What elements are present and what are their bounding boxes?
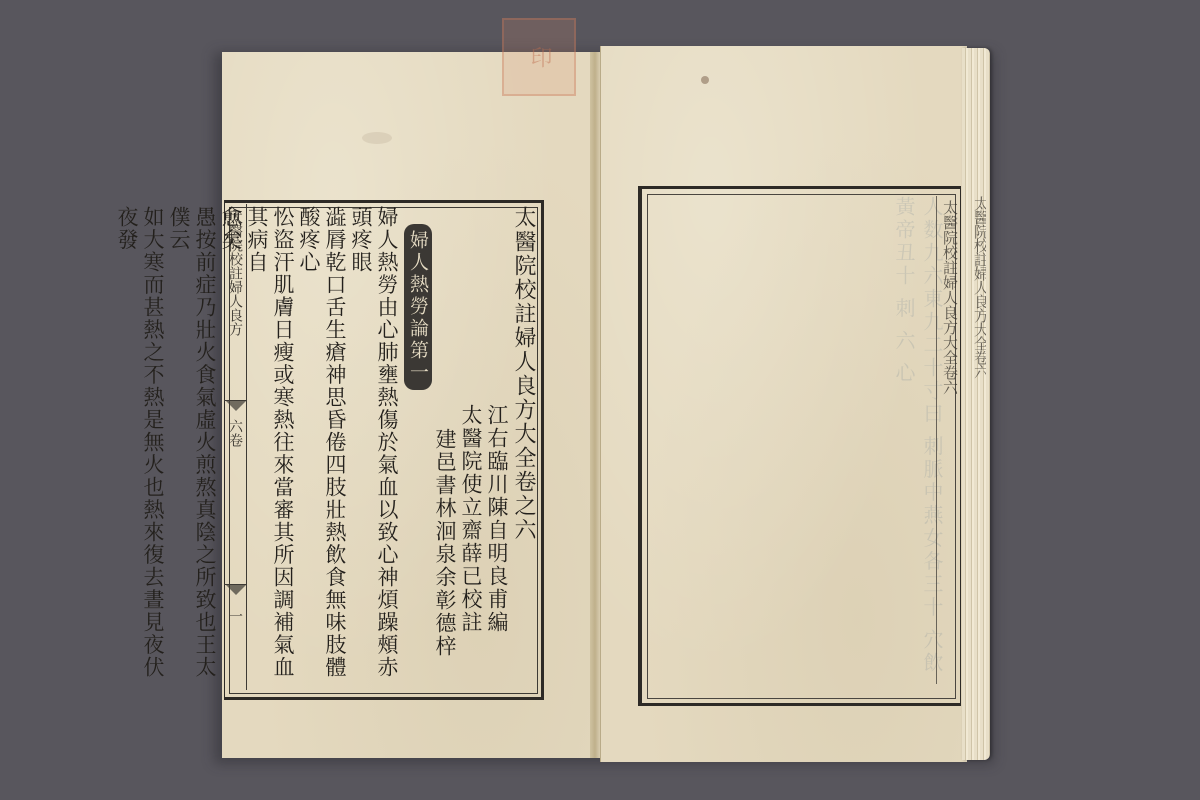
book-gutter	[590, 52, 600, 758]
body-column: 婦人熱勞由心肺壅熱傷於氣血以致心神煩躁頰赤頭疼眼	[348, 206, 400, 690]
book-title-column: 太醫院校註婦人良方大全卷之六	[510, 206, 536, 690]
right-banxin-edge: 太醫院校註婦人良方大全卷六	[936, 196, 961, 684]
paper-stain	[362, 132, 392, 144]
section-heading: 婦人熱勞論第一	[404, 224, 432, 390]
publisher-column: 建邑書林洄泉余彰德梓	[432, 428, 458, 690]
annotator-column: 太醫院使立齋薛已校註	[458, 404, 484, 690]
commentary-column: 如大寒而甚熱之不熱是無火也熱來復去晝見夜伏夜發	[114, 206, 166, 690]
body-column: 忪盜汗肌膚日瘦或寒熱往來當審其所因調補氣血其病自	[244, 206, 296, 690]
body-column: 愈矣	[218, 206, 244, 690]
section-heading-wrap: 婦人熱勞論第一	[404, 206, 432, 690]
collector-seal: 印	[502, 18, 576, 96]
left-page-text: 太醫院校註婦人良方大全卷之六 江右臨川陳自明良甫編 太醫院使立齋薛已校註 建邑書…	[250, 206, 536, 690]
paper-speck	[701, 76, 709, 84]
commentary-column: 愚按前症乃壯火食氣虛火煎熬真陰之所致也王太僕云	[166, 206, 218, 690]
body-column: 澁脣乾口舌生瘡神思昏倦四肢壯熱飲食無味肢體酸疼心	[296, 206, 348, 690]
seal-text: 印	[524, 46, 554, 68]
ink-showthrough: 人数九六東九二十寸曰 刺脈中燕女各三十 穴飲黃帝丑十 刺 六 心	[656, 196, 946, 680]
compiler-column: 江右臨川陳自明良甫編	[484, 404, 510, 690]
page-edge-banxin-text: 太醫院校註婦人良方大全卷六	[964, 196, 986, 616]
